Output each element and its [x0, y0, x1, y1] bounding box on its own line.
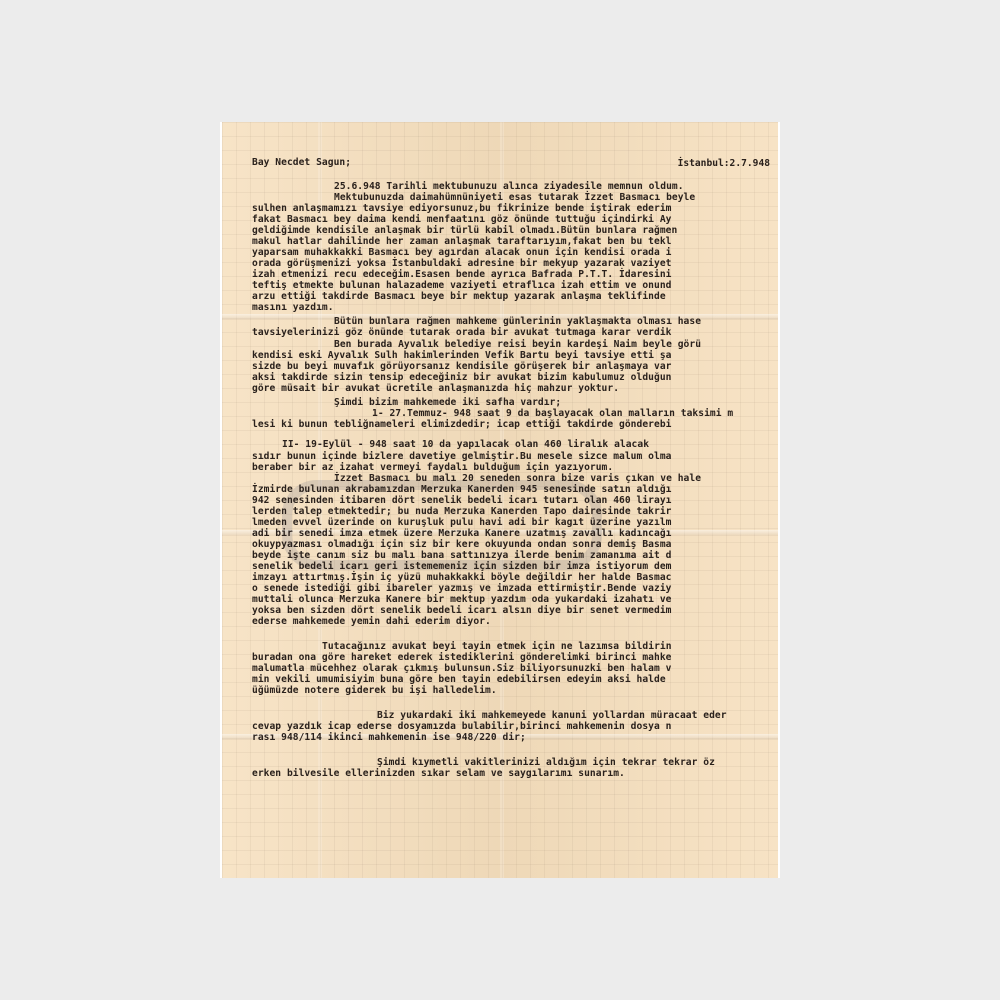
letter-line: Şimdi bizim mahkemede iki safha vardır;: [334, 398, 561, 408]
letter-line: okuypyazması olmadığı için siz bir kere …: [252, 540, 671, 550]
letter-line: üğümüzde notere giderek bu işi halledeli…: [252, 686, 497, 696]
letter-line: beyde işte canım siz bu malı bana sattın…: [252, 551, 671, 561]
letter-line: göre müsait bir avukat ücretile anlaşman…: [252, 384, 619, 394]
letter-line: aksi takdirde sizin tensip edeceğiniz bi…: [252, 373, 671, 383]
letter-line: lesi ki bunun tebliğnameleri elimizdedir…: [252, 420, 671, 430]
letter-line: imzayı attırtmış.İşin iç yüzü muhakkakki…: [252, 573, 671, 583]
letter-line: İzmirde bulunan akrabamızdan Merzuka Kan…: [252, 485, 671, 495]
letter-line: lerden talep etmektedir; bu nuda Merzuka…: [252, 507, 671, 517]
letter-line: Şimdi kıymetli vakitlerinizi aldığım içi…: [377, 758, 715, 768]
letter-line: sıdır bunun içinde bizlere davetiye gelm…: [252, 452, 671, 462]
letter-line: geldiğimde kendisile anlaşmak bir türlü …: [252, 226, 677, 236]
letter-line: makul hatlar dahilinde her zaman anlaşma…: [252, 237, 671, 247]
letter-line: tavsiyelerinizi göz önünde tutarak orada…: [252, 328, 671, 338]
letter-line: cevap yazdık icap ederse dosyamızda bula…: [252, 722, 671, 732]
letter-line: beraber bir az izahat vermeyi faydalı bu…: [252, 463, 613, 473]
letter-line: yoksa ben sizden dört senelik bedeli ica…: [252, 606, 671, 616]
letter-line: senelik bedeli icarı geri istememeniz iç…: [252, 562, 671, 572]
letter-line: İzzet Basmacı bu malı 20 seneden sonra b…: [334, 474, 701, 484]
letter-line: masını yazdım.: [252, 303, 334, 313]
letter-line: erken bilvesile ellerinizden sıkar selam…: [252, 769, 625, 779]
letter-line: Ben burada Ayvalık belediye reisi beyin …: [334, 340, 701, 350]
letter-line: Tutacağınız avukat beyi tayin etmek için…: [322, 642, 672, 652]
letter-page: Bay Necdet Sagun; İstanbul:2.7.948 25.6.…: [222, 122, 778, 878]
letter-line: Biz yukardaki iki mahkemeyede kanuni yol…: [377, 711, 727, 721]
letter-line: orada görüşmenizi yoksa İstanbuldaki adr…: [252, 259, 671, 269]
letter-line: malumatla mücehhez olarak çıkmış bulunsu…: [252, 664, 671, 674]
letter-line: fakat Basmacı bey daima kendi menfaatını…: [252, 215, 671, 225]
letter-line: 25.6.948 Tarihli mektubunuzu alınca ziya…: [334, 182, 684, 192]
letter-line: adi bir senedi imza etmek üzere Merzuka …: [252, 529, 671, 539]
letter-line: o senede istediği gibi ibareler yazmış v…: [252, 584, 671, 594]
letter-line: izah etmenizi recu edeceğim.Esasen bende…: [252, 270, 671, 280]
letter-line: rası 948/114 ikinci mahkemenin ise 948/2…: [252, 733, 526, 743]
letter-line: 942 senesinden itibaren dört senelik bed…: [252, 496, 671, 506]
letter-line: arzu ettiği takdirde Basmacı beye bir me…: [252, 292, 666, 302]
letter-line: ederse mahkemede yemin dahi ederim diyor…: [252, 617, 491, 627]
letter-line: Bütün bunlara rağmen mahkeme günlerinin …: [334, 317, 701, 327]
letter-line: min vekili umumisiyim buna göre ben tayi…: [252, 675, 666, 685]
letter-line: Mektubunuzda daimahümnüniyeti esas tutar…: [334, 193, 695, 203]
place-date: İstanbul:2.7.948: [678, 158, 770, 169]
letter-line: yaparsam muhakkakki Basmacı bey agırdan …: [252, 248, 671, 258]
letter-line: muttali olunca Merzuka Kanere bir mektup…: [252, 595, 671, 605]
letter-line: 1- 27.Temmuz- 948 saat 9 da başlayacak o…: [372, 409, 733, 419]
letter-line: sulhen anlaşmamızı tavsiye ediyorsunuz,b…: [252, 204, 671, 214]
letter-line: teftiş etmekte bulunan halazademe vaziye…: [252, 281, 671, 291]
letter-line: II- 19-Eylül - 948 saat 10 da yapılacak …: [282, 440, 649, 450]
letter-line: buradan ona göre hareket ederek istedikl…: [252, 653, 671, 663]
letter-line: kendisi eski Ayvalık Sulh hakimlerinden …: [252, 351, 671, 361]
letter-line: lmeden evvel üzerinde on kuruşluk pulu h…: [252, 518, 671, 528]
letter-line: sizde bu beyi muvafık görüyorsanız kendi…: [252, 362, 671, 372]
salutation: Bay Necdet Sagun;: [252, 158, 351, 168]
